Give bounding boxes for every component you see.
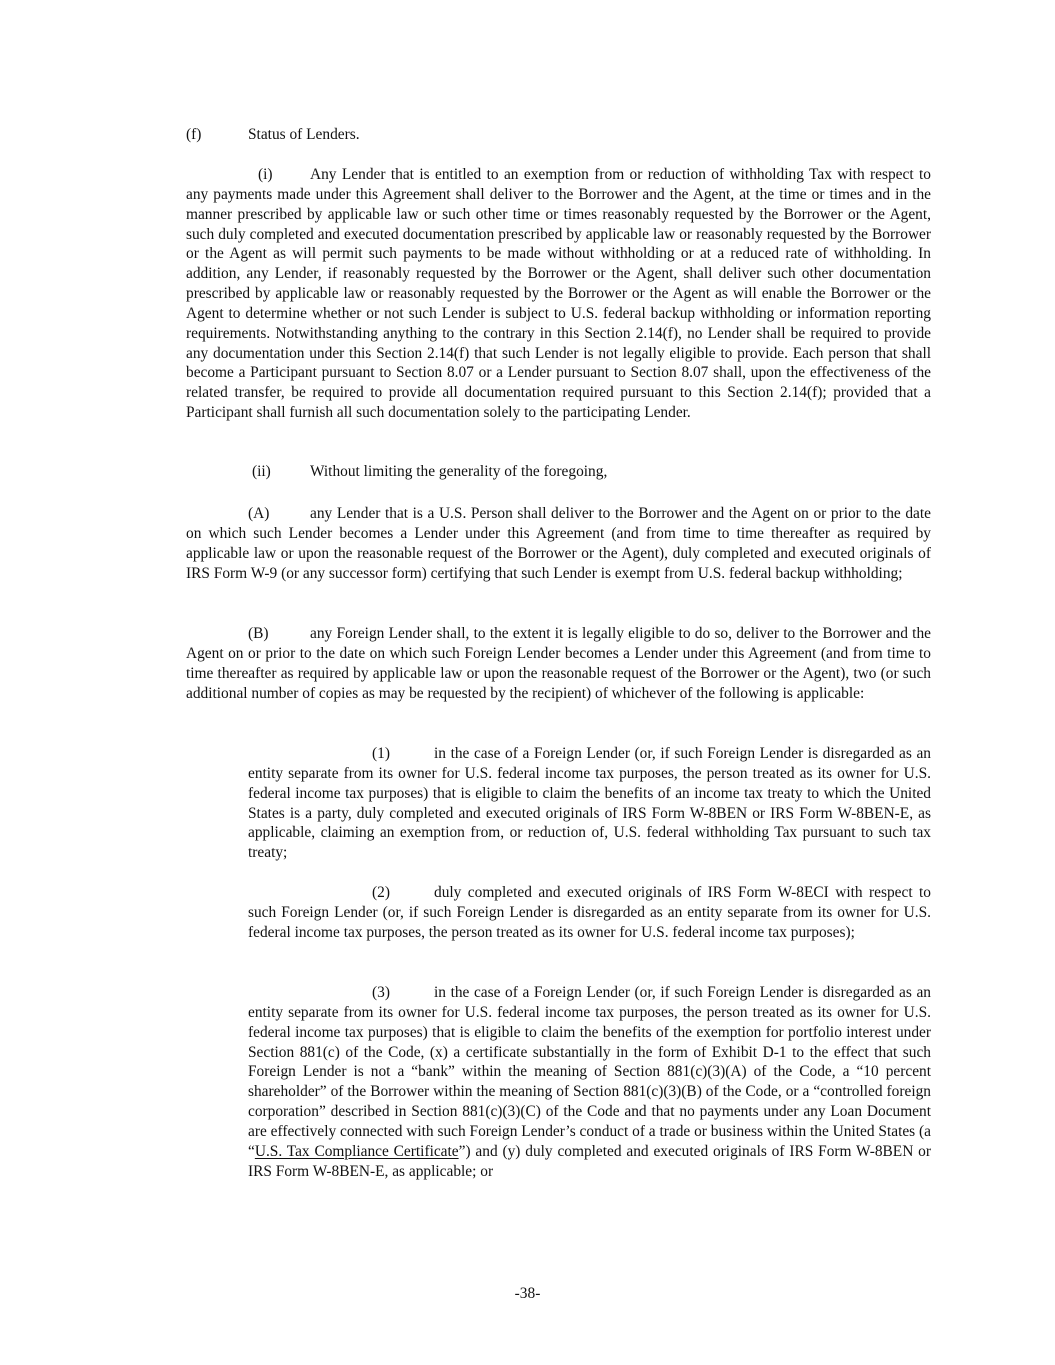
defined-term: U.S. Tax Compliance Certificate xyxy=(255,1143,459,1160)
paragraph-text: duly completed and executed originals of… xyxy=(248,884,931,941)
section-label: (f) xyxy=(186,125,248,145)
paragraph-label: (A) xyxy=(248,504,310,524)
paragraph-text: Any Lender that is entitled to an exempt… xyxy=(186,166,931,421)
page-number: -38- xyxy=(0,1284,1055,1304)
paragraph-label: (i) xyxy=(258,165,310,185)
paragraph-text: Without limiting the generality of the f… xyxy=(310,463,607,480)
paragraph-A: (A)any Lender that is a U.S. Person shal… xyxy=(186,504,931,583)
section-title: Status of Lenders. xyxy=(248,126,360,143)
document-page: (f)Status of Lenders. (i)Any Lender that… xyxy=(0,0,1055,1365)
paragraph-label: (ii) xyxy=(252,462,310,482)
paragraph-2: (2)duly completed and executed originals… xyxy=(248,883,931,943)
paragraph-text-before: in the case of a Foreign Lender (or, if … xyxy=(248,984,931,1160)
paragraph-B: (B)any Foreign Lender shall, to the exte… xyxy=(186,624,931,703)
paragraph-label: (1) xyxy=(372,744,434,764)
paragraph-text: in the case of a Foreign Lender (or, if … xyxy=(248,745,931,861)
paragraph-3: (3)in the case of a Foreign Lender (or, … xyxy=(248,983,931,1181)
section-heading-f: (f)Status of Lenders. xyxy=(186,125,360,145)
paragraph-ii: (ii)Without limiting the generality of t… xyxy=(186,462,931,482)
paragraph-label: (B) xyxy=(248,624,310,644)
paragraph-1: (1)in the case of a Foreign Lender (or, … xyxy=(248,744,931,863)
paragraph-label: (3) xyxy=(372,983,434,1003)
paragraph-label: (2) xyxy=(372,883,434,903)
paragraph-i: (i)Any Lender that is entitled to an exe… xyxy=(186,165,931,423)
